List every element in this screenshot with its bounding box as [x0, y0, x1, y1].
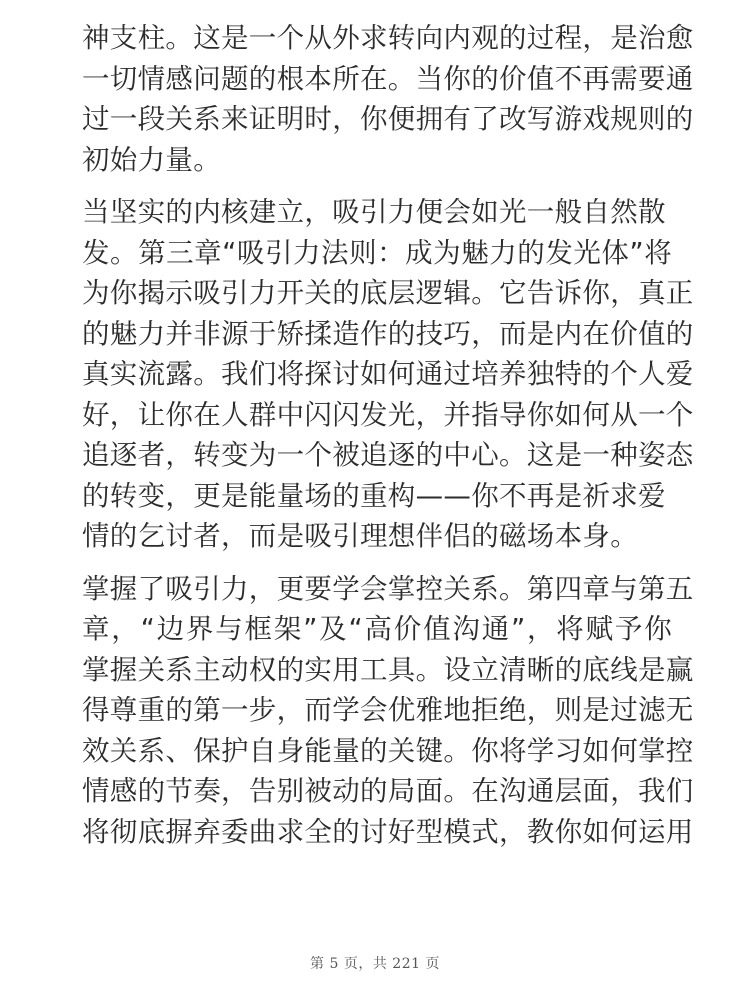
text-line: 初始力量。 [82, 140, 672, 181]
paragraph-1: 神支柱。这是一个从外求转向内观的过程，是治愈 一切情感问题的根本所在。当你的价值… [82, 18, 672, 180]
text-line: 追逐者，转变为一个被追逐的中心。这是一种姿态 [82, 435, 672, 476]
text-line: 效关系、保护自身能量的关键。你将学习如何掌控 [82, 731, 672, 772]
text-line: 掌握了吸引力，更要学会掌控关系。第四章与第五 [82, 569, 672, 610]
text-line: 发。第三章“吸引力法则：成为魅力的发光体”将 [82, 233, 672, 274]
text-line: 过一段关系来证明时，你便拥有了改写游戏规则的 [82, 99, 672, 140]
paragraph-2: 当坚实的内核建立，吸引力便会如光一般自然散 发。第三章“吸引力法则：成为魅力的发… [82, 192, 672, 557]
text-line: 好，让你在人群中闪闪发光，并指导你如何从一个 [82, 395, 672, 436]
text-line: 将彻底摒弃委曲求全的讨好型模式，教你如何运用 [82, 812, 672, 853]
text-line: 神支柱。这是一个从外求转向内观的过程，是治愈 [82, 18, 672, 59]
text-line: 的转变，更是能量场的重构——你不再是祈求爱 [82, 476, 672, 517]
text-line: 为你揭示吸引力开关的底层逻辑。它告诉你，真正 [82, 273, 672, 314]
text-line: 得尊重的第一步，而学会优雅地拒绝，则是过滤无 [82, 690, 672, 731]
text-line: 章，“边界与框架”及“高价值沟通”，将赋予你 [82, 609, 672, 650]
page-number-footer: 第 5 页，共 221 页 [0, 953, 750, 973]
text-line: 真实流露。我们将探讨如何通过培养独特的个人爱 [82, 354, 672, 395]
paragraph-3: 掌握了吸引力，更要学会掌控关系。第四章与第五 章，“边界与框架”及“高价值沟通”… [82, 569, 672, 853]
text-line: 一切情感问题的根本所在。当你的价值不再需要通 [82, 59, 672, 100]
text-line: 当坚实的内核建立，吸引力便会如光一般自然散 [82, 192, 672, 233]
text-line: 掌握关系主动权的实用工具。设立清晰的底线是赢 [82, 650, 672, 691]
text-line: 情感的节奏，告别被动的局面。在沟通层面，我们 [82, 771, 672, 812]
text-line: 的魅力并非源于矫揉造作的技巧，而是内在价值的 [82, 314, 672, 355]
text-line: 情的乞讨者，而是吸引理想伴侣的磁场本身。 [82, 516, 672, 557]
document-page: 神支柱。这是一个从外求转向内观的过程，是治愈 一切情感问题的根本所在。当你的价值… [82, 18, 672, 864]
